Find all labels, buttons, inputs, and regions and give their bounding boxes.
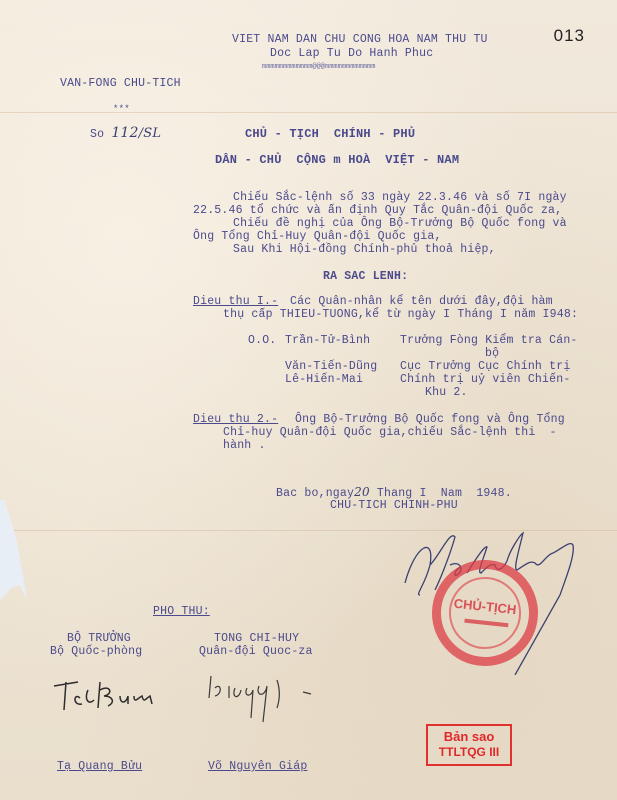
officer-name: Lê-Hiến-Mai	[285, 373, 363, 386]
decree-heading: RA SAC LENH:	[323, 270, 408, 283]
officer-position: Khu 2.	[425, 386, 468, 399]
article1-text: thụ cấp THIEU-TUONG,kể từ ngày I Tháng I…	[223, 308, 578, 321]
officer-name: Trần-Tử-Bình	[285, 334, 370, 347]
signer-title: CHU-TICH CHINH-PHU	[330, 499, 458, 512]
right-signature	[195, 668, 335, 728]
countersign-heading: PHO THU:	[153, 605, 210, 618]
article2-label: Dieu thu 2.-	[193, 413, 278, 426]
officer-name: Văn-Tiến-Dũng	[285, 360, 377, 373]
preamble-line: Sau Khi Hội-đồng Chính-phủ thoả hiệp,	[233, 243, 496, 256]
page-number: 013	[554, 26, 585, 46]
officer-position: Trưởng Fòng Kiểm tra Cán-	[400, 334, 578, 347]
right-signer-name: Võ Nguyên Giáp	[208, 760, 307, 773]
national-motto: Doc Lap Tu Do Hanh Phuc	[270, 47, 433, 60]
preamble-line: 22.5.46 tổ chức và ấn định Quy Tắc Quân-…	[193, 204, 562, 217]
header-ornament: mmmmmmmmmmmm@@@mmmmmmmmmmmm	[262, 61, 375, 74]
officer-position: Chính trị uỷ viên Chiến-	[400, 373, 570, 386]
document-number: So 112/SL	[90, 127, 161, 141]
right-signer-unit: Quân-đội Quoc-za	[199, 645, 313, 658]
officer-prefix: O.O.	[248, 334, 276, 347]
office-stars: ***	[113, 103, 130, 116]
officer-position: Cục Trưởng Cục Chính trị	[400, 360, 570, 373]
dateline: Bac bo,ngay20 Thang I Nam 1948.	[276, 486, 512, 500]
right-signer-title: TONG CHI-HUY	[214, 632, 299, 645]
title-line1: CHỦ - TỊCH CHÍNH - PHỦ	[245, 128, 415, 141]
national-header: VIET NAM DAN CHU CONG HOA NAM THU TU	[232, 33, 488, 46]
left-signer-name: Tạ Quang Bửu	[57, 760, 142, 773]
left-signer-ministry: Bộ Quốc-phòng	[50, 645, 142, 658]
left-signer-title: BỘ TRƯỞNG	[67, 632, 131, 645]
preamble-line: Chiếu Sắc-lệnh số 33 ngày 22.3.46 và số …	[233, 191, 567, 204]
preamble-line: Chiếu đề nghị của Ông Bộ-Trưởng Bộ Quốc …	[233, 217, 567, 230]
article2-text: Ông Bộ-Trưởng Bộ Quốc fong và Ông Tổng	[295, 413, 565, 426]
article2-text: hành .	[223, 439, 266, 452]
archive-copy-stamp: Bản sao TTLTQG III	[426, 724, 512, 766]
preamble-line: Ông Tổng Chỉ-Huy Quân-đội Quốc gia,	[193, 230, 442, 243]
article1-text: Các Quân-nhân kể tên dưới đây,đội hàm	[290, 295, 553, 308]
article1-label: Dieu thu I.-	[193, 295, 278, 308]
officer-position: bộ	[485, 347, 499, 360]
fold-line	[0, 112, 617, 113]
title-line2: DÂN - CHỦ CỘNG m HOÀ VIỆT - NAM	[215, 154, 459, 167]
article2-text: Chỉ-huy Quân-đội Quốc gia,chiếu Sắc-lệnh…	[223, 426, 557, 439]
office-name: VAN-FONG CHU-TICH	[60, 77, 181, 90]
left-signature	[50, 670, 180, 715]
